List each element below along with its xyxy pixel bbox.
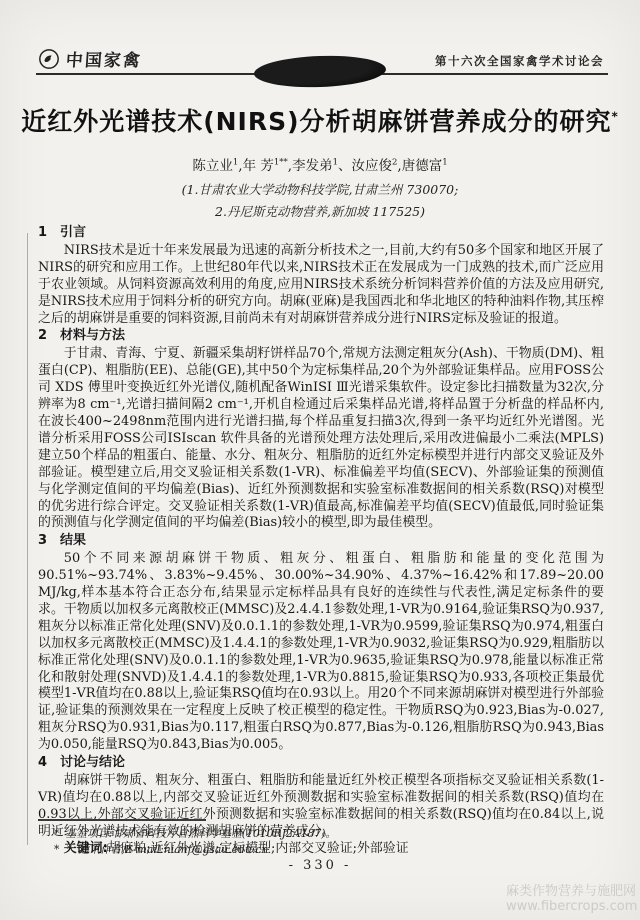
affiliation-line-1: (1.甘肃农业大学动物科技学院,甘肃兰州 730070; [0, 180, 640, 198]
section-paragraph-introduction: NIRS技术是近十年来发展最为迅速的高新分析技术之一,目前,大约有50多个国家和… [38, 243, 604, 328]
section-paragraph-materials-methods: 于甘肃、青海、宁夏、新疆采集胡籽饼样品70个,常规方法测定粗灰分(Ash)、干物… [38, 346, 604, 532]
footnote-divider [38, 819, 206, 821]
author: 唐德富1 [402, 158, 448, 174]
section-heading-discussion-conclusion: 4 讨论与结论 [38, 755, 604, 772]
journal-logo: 中国家禽 [38, 46, 142, 71]
footnote-marker: * * [54, 843, 74, 856]
china-poultry-logo-icon [38, 48, 60, 70]
title-footnote-mark: * [612, 110, 619, 124]
author: 陈立业1, [192, 158, 242, 174]
author: 李发弟1、 [292, 158, 351, 174]
site-watermark: 麻类作物营养与施肥网 www.fibercrops.com [506, 884, 640, 914]
section-heading-materials-methods: 2 材料与方法 [38, 328, 604, 345]
scan-artifact-line [27, 233, 28, 845]
article-body: 1 引言 NIRS技术是近十年来发展最为迅速的高新分析技术之一,目前,大约有50… [38, 224, 604, 858]
paper-title: 近红外光谱技术(NIRS)分析胡麻饼营养成分的研究* [0, 102, 640, 138]
author-line: 陈立业1,年 芳1**,李发弟1、汝应俊2,唐德富1 [0, 154, 640, 174]
author: 汝应俊2, [352, 158, 402, 174]
journal-name: 中国家禽 [65, 46, 143, 71]
scanned-paper-page: 中国家禽 第十六次全国家禽学术讨论会 近红外光谱技术(NIRS)分析胡麻饼营养成… [0, 0, 640, 920]
section-heading-introduction: 1 引言 [38, 225, 604, 242]
author: 年 芳1**, [243, 158, 293, 174]
section-heading-results: 3 结果 [38, 533, 604, 550]
footnote-corresponding-author: * *通讯作者,E-mail:nianf@gsau.edu.cn [38, 842, 604, 858]
watermark-line-1: 麻类作物营养与施肥网 [506, 884, 640, 899]
page-number: - 330 - [0, 858, 640, 873]
affiliation-line-2: 2.丹尼斯克动物营养,新加坡 117525) [0, 202, 640, 220]
footnote-block: *基金项目:甘肃省科技厅自然科学基金(1010RJ2A187)。 * *通讯作者… [38, 819, 604, 858]
footnote-fund: *基金项目:甘肃省科技厅自然科学基金(1010RJ2A187)。 [38, 826, 604, 842]
section-paragraph-results: 50个不同来源胡麻饼干物质、粗灰分、粗蛋白、粗脂肪和能量的变化范围为90.51%… [38, 551, 604, 754]
watermark-line-2: www.fibercrops.com [506, 899, 640, 914]
conference-title: 第十六次全国家禽学术讨论会 [435, 53, 604, 69]
footnote-marker: * [54, 827, 61, 840]
